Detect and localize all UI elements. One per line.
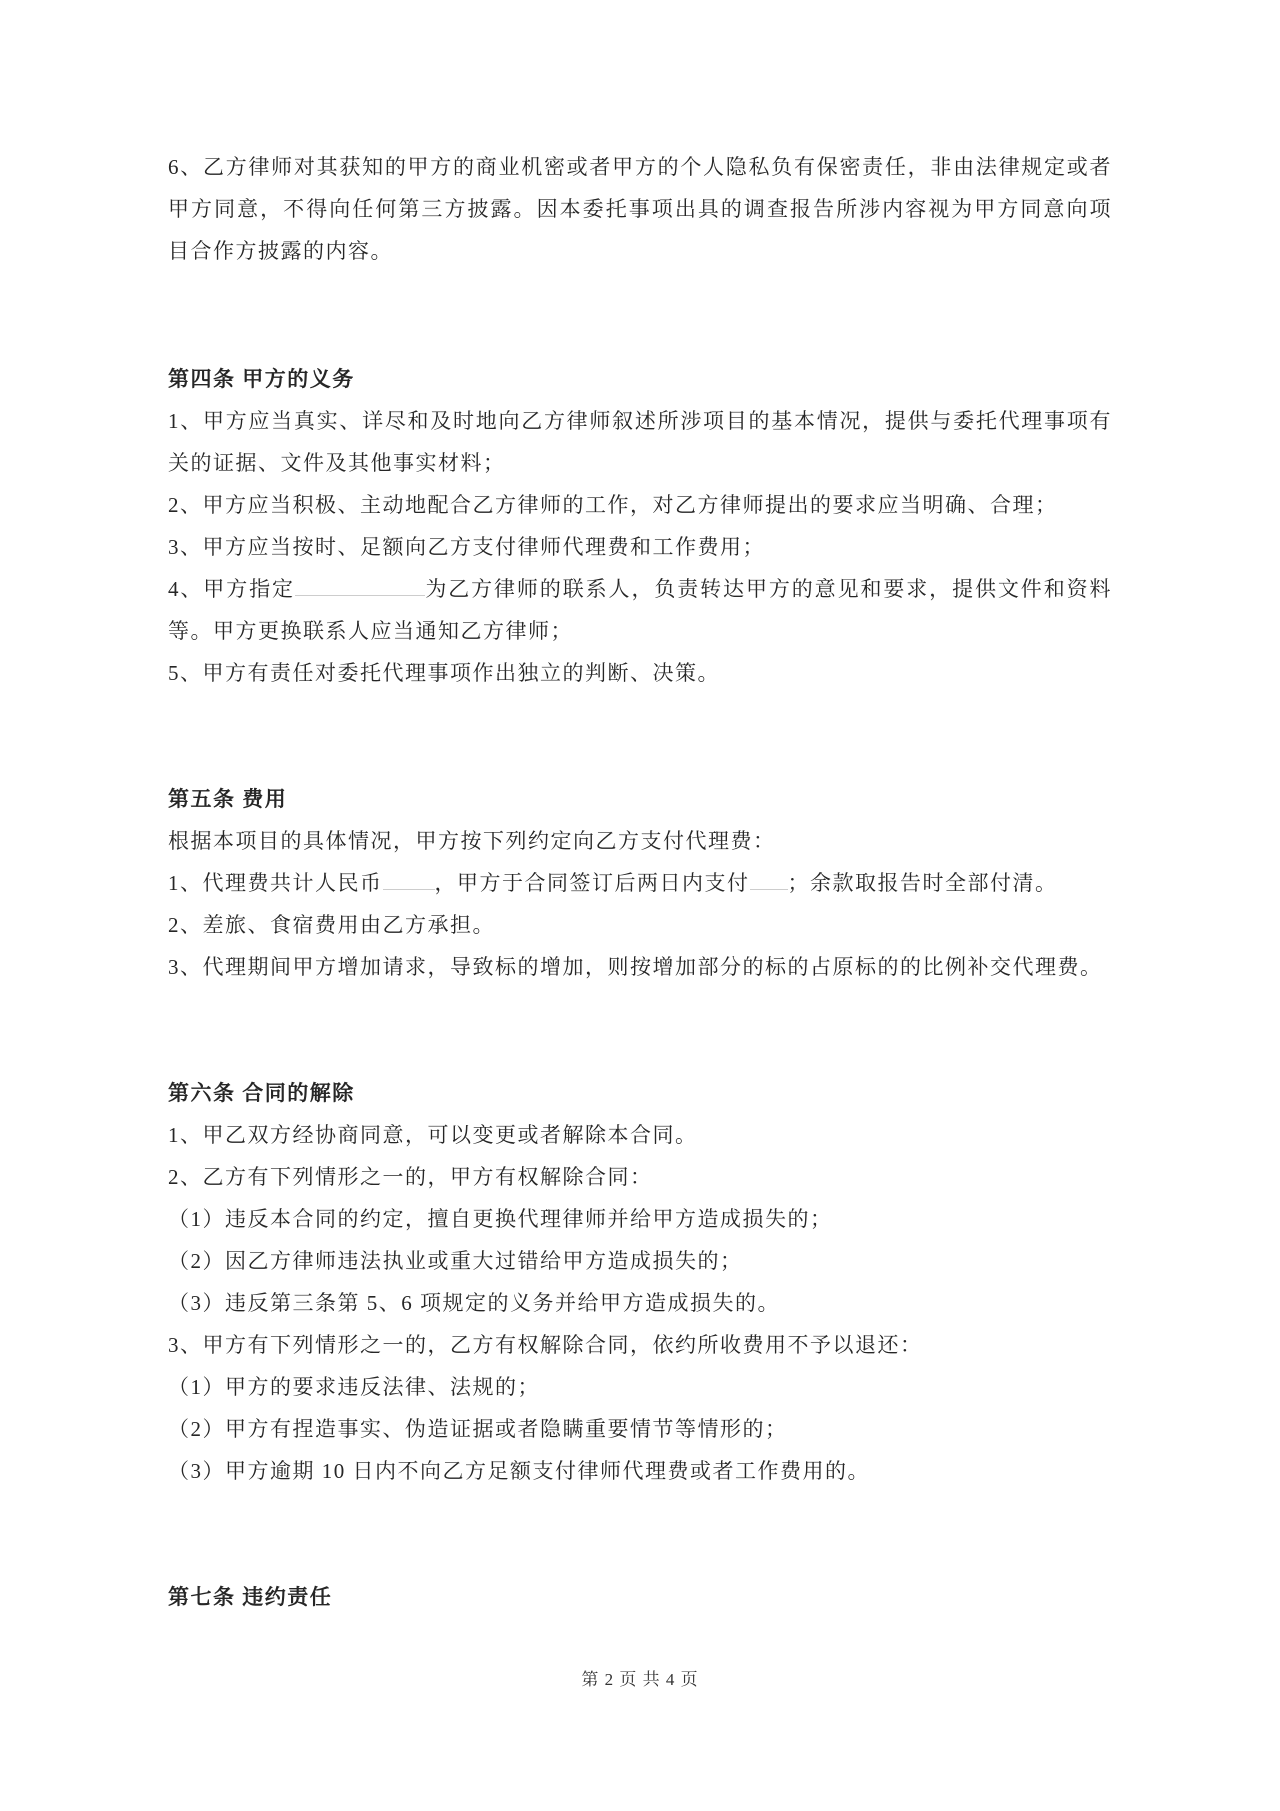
clause5-item3: 3、代理期间甲方增加请求，导致标的增加，则按增加部分的标的占原标的的比例补交代理… <box>168 946 1112 988</box>
clause6-item3-sub1: （1）甲方的要求违反法律、法规的； <box>168 1366 1112 1408</box>
clause5-item1: 1、代理费共计人民币，甲方于合同签订后两日内支付；余款取报告时全部付清。 <box>168 862 1112 904</box>
clause7-heading: 第七条 违约责任 <box>168 1576 1112 1618</box>
clause5-item1-text-pre: 1、代理费共计人民币 <box>168 871 383 895</box>
clause4-item2: 2、甲方应当积极、主动地配合乙方律师的工作，对乙方律师提出的要求应当明确、合理； <box>168 484 1112 526</box>
page-number-footer: 第 2 页 共 4 页 <box>0 1668 1280 1692</box>
clause6-item1: 1、甲乙双方经协商同意，可以变更或者解除本合同。 <box>168 1114 1112 1156</box>
clause4-heading: 第四条 甲方的义务 <box>168 358 1112 400</box>
clause6-item2-sub2: （2）因乙方律师违法执业或重大过错给甲方造成损失的； <box>168 1240 1112 1282</box>
clause6-heading: 第六条 合同的解除 <box>168 1072 1112 1114</box>
clause3-item6-paragraph: 6、乙方律师对其获知的甲方的商业机密或者甲方的个人隐私负有保密责任，非由法律规定… <box>168 146 1112 272</box>
clause6-item2: 2、乙方有下列情形之一的，甲方有权解除合同： <box>168 1156 1112 1198</box>
section-gap <box>168 272 1112 358</box>
fee-amount-blank-field <box>383 868 435 890</box>
section-gap <box>168 694 1112 778</box>
clause4-item5: 5、甲方有责任对委托代理事项作出独立的判断、决策。 <box>168 652 1112 694</box>
prepayment-blank-field <box>750 868 788 890</box>
clause6-item3-sub2: （2）甲方有捏造事实、伪造证据或者隐瞒重要情节等情形的； <box>168 1408 1112 1450</box>
clause4-item3: 3、甲方应当按时、足额向乙方支付律师代理费和工作费用； <box>168 526 1112 568</box>
section-gap <box>168 988 1112 1072</box>
contract-page: 6、乙方律师对其获知的甲方的商业机密或者甲方的个人隐私负有保密责任，非由法律规定… <box>0 0 1280 1811</box>
clause4-item4-text-pre: 4、甲方指定 <box>168 577 295 601</box>
contract-body: 6、乙方律师对其获知的甲方的商业机密或者甲方的个人隐私负有保密责任，非由法律规定… <box>0 0 1280 1618</box>
clause5-item2: 2、差旅、食宿费用由乙方承担。 <box>168 904 1112 946</box>
clause5-item1-text-post: ；余款取报告时全部付清。 <box>788 871 1058 895</box>
section-gap <box>168 1492 1112 1576</box>
clause5-item1-text-mid: ，甲方于合同签订后两日内支付 <box>435 871 750 895</box>
clause5-intro: 根据本项目的具体情况，甲方按下列约定向乙方支付代理费： <box>168 820 1112 862</box>
clause6-item2-sub3: （3）违反第三条第 5、6 项规定的义务并给甲方造成损失的。 <box>168 1282 1112 1324</box>
clause6-item2-sub1: （1）违反本合同的约定，擅自更换代理律师并给甲方造成损失的； <box>168 1198 1112 1240</box>
contact-name-blank-field <box>295 574 425 596</box>
clause4-item4: 4、甲方指定为乙方律师的联系人，负责转达甲方的意见和要求，提供文件和资料等。甲方… <box>168 568 1112 652</box>
clause6-item3-sub3: （3）甲方逾期 10 日内不向乙方足额支付律师代理费或者工作费用的。 <box>168 1450 1112 1492</box>
clause5-heading: 第五条 费用 <box>168 778 1112 820</box>
clause6-item3: 3、甲方有下列情形之一的，乙方有权解除合同，依约所收费用不予以退还： <box>168 1324 1112 1366</box>
clause4-item1: 1、甲方应当真实、详尽和及时地向乙方律师叙述所涉项目的基本情况，提供与委托代理事… <box>168 400 1112 484</box>
